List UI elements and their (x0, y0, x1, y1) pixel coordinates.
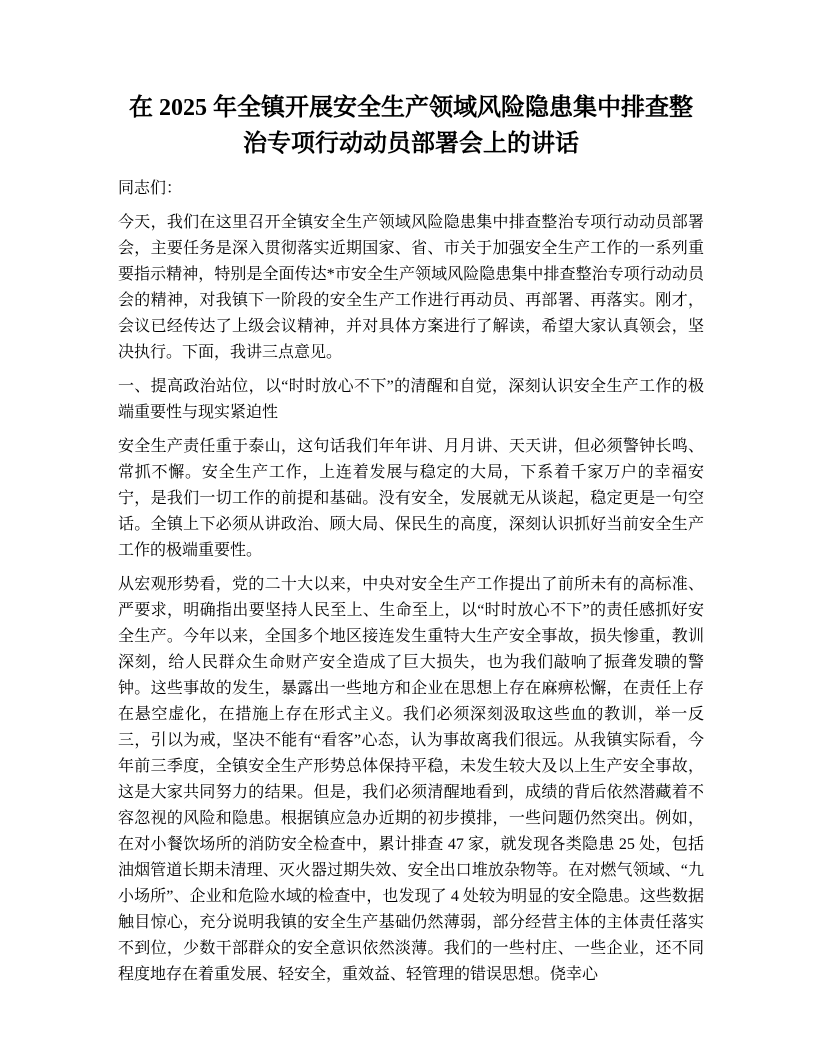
paragraph-situation: 从宏观形势看，党的二十大以来，中央对安全生产工作提出了前所未有的高标准、严要求，… (118, 572, 704, 988)
paragraph-importance: 安全生产责任重于泰山，这句话我们年年讲、月月讲、天天讲，但必须警钟长鸣、常抓不懈… (118, 434, 704, 564)
section-1-heading: 一、提高政治站位，以“时时放心不下”的清醒和自觉，深刻认识安全生产工作的极端重要… (118, 374, 704, 426)
document-page: 在 2025 年全镇开展安全生产领域风险隐患集中排查整治专项行动动员部署会上的讲… (0, 0, 816, 1056)
salutation: 同志们： (118, 176, 704, 202)
document-title: 在 2025 年全镇开展安全生产领域风险隐患集中排查整治专项行动动员部署会上的讲… (118, 90, 704, 162)
paragraph-intro: 今天，我们在这里召开全镇安全生产领域风险隐患集中排查整治专项行动动员部署会，主要… (118, 210, 704, 366)
